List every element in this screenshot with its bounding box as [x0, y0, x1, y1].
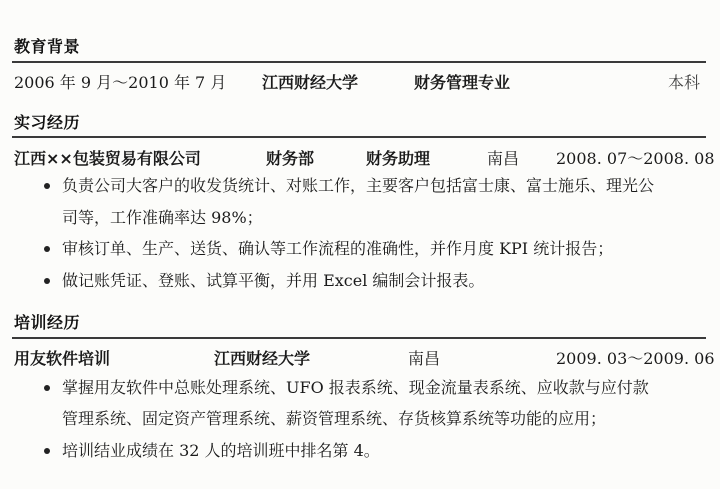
education-major: 财务管理专业 [414, 70, 510, 93]
internship-city: 南昌 [487, 146, 519, 169]
education-row: 2006 年 9 月～2010 年 7 月 江西财经大学 财务管理专业 本科 [0, 70, 720, 96]
training-period: 2009. 03～2009. 06 [556, 346, 715, 369]
training-section-title: 培训经历 [14, 310, 80, 333]
education-school: 江西财经大学 [262, 70, 358, 93]
internship-position: 财务助理 [366, 146, 430, 169]
training-city: 南昌 [408, 346, 440, 369]
bullet-icon [44, 183, 50, 189]
training-bullet-1-line-2: 管理系统、固定资产管理系统、薪资管理系统、存货核算系统等功能的应用； [62, 406, 606, 429]
internship-bullet-2: 审核订单、生产、送货、确认等工作流程的准确性，并作月度 KPI 统计报告； [62, 236, 613, 259]
bullet-icon [44, 278, 50, 284]
bullet-icon [44, 385, 50, 391]
training-row: 用友软件培训 江西财经大学 南昌 2009. 03～2009. 06 [0, 346, 720, 372]
training-institution: 江西财经大学 [214, 346, 310, 369]
bullet-icon [44, 448, 50, 454]
resume-page: 教育背景 2006 年 9 月～2010 年 7 月 江西财经大学 财务管理专业… [0, 0, 720, 489]
internship-department: 财务部 [266, 146, 314, 169]
section-divider [12, 61, 706, 63]
internship-row: 江西××包装贸易有限公司 财务部 财务助理 南昌 2008. 07～2008. … [0, 146, 720, 172]
internship-bullet-1-line-1: 负责公司大客户的收发货统计、对账工作，主要客户包括富士康、富士施乐、理光公 [62, 173, 654, 196]
education-degree: 本科 [668, 70, 700, 93]
internship-period: 2008. 07～2008. 08 [556, 146, 715, 169]
education-section-title: 教育背景 [14, 34, 80, 57]
bullet-icon [44, 246, 50, 252]
training-bullet-1-line-1: 掌握用友软件中总账处理系统、UFO 报表系统、现金流量表系统、应收款与应付款 [62, 375, 649, 398]
education-period: 2006 年 9 月～2010 年 7 月 [14, 70, 226, 93]
section-divider [12, 136, 706, 138]
internship-bullet-1-line-2: 司等，工作准确率达 98%； [62, 205, 263, 228]
section-divider [12, 337, 706, 339]
training-bullet-2: 培训结业成绩在 32 人的培训班中排名第 4。 [62, 438, 380, 461]
internship-bullet-3: 做记账凭证、登账、试算平衡，并用 Excel 编制会计报表。 [62, 268, 484, 291]
internship-section-title: 实习经历 [14, 110, 80, 133]
internship-company: 江西××包装贸易有限公司 [14, 146, 201, 169]
training-course: 用友软件培训 [14, 346, 110, 369]
